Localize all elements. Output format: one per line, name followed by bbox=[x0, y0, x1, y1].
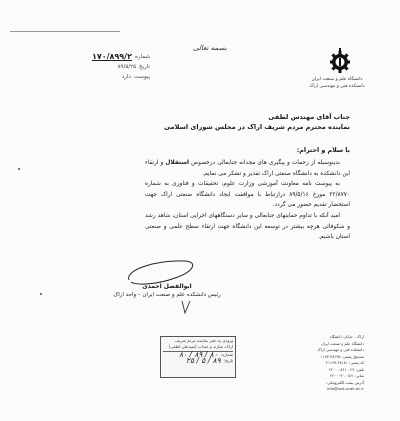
body-paragraph-1-text-a: بدینوسیله از زحمات و پیگیری های مجدانه ج… bbox=[189, 160, 340, 166]
stamp-date-row: تاریخ: ۸۹ / ۵ / ۲۵ bbox=[163, 358, 233, 364]
received-stamp: ورودی به دفتر نماینده مردم شریف اراک، شا… bbox=[160, 336, 236, 378]
letter-date-label: تاریخ bbox=[139, 62, 150, 72]
body-paragraph-1: بدینوسیله از زحمات و پیگیری های مجدانه ج… bbox=[145, 158, 350, 179]
signature-scribble-icon bbox=[125, 258, 197, 286]
university-gear-logo-icon bbox=[328, 48, 352, 74]
letter-date-value: ۸۹/۵/۲۵ bbox=[118, 62, 136, 72]
recipient-block: جناب آقای مهندس لطفی نماینده محترم مردم … bbox=[164, 112, 350, 132]
letter-number-label: شماره bbox=[135, 52, 150, 62]
letter-date-row: تاریخ ۸۹/۵/۲۵ bbox=[62, 62, 150, 72]
scanned-letter-page: شماره ۱۷۰/۸۹۹/۲ تاریخ ۸۹/۵/۲۵ پیوست دارد… bbox=[0, 0, 400, 421]
top-divider-line bbox=[10, 31, 120, 32]
body-paragraph-3: امید آنکه با تداوم حمایتهای جنابعالی و س… bbox=[145, 211, 350, 243]
basmala-heading: بسمه تعالی bbox=[193, 44, 227, 52]
footer-contact-block: اراک - خیابان دانشگاه دانشگاه علم و صنعت… bbox=[288, 334, 364, 393]
university-name-line2: دانشکده فنی و مهندسی اراک bbox=[300, 83, 374, 90]
stamp-date-value: ۸۹ / ۵ / ۲۵ bbox=[186, 358, 221, 364]
recipient-title: نماینده محترم مردم شریف اراک در مجلس شور… bbox=[164, 122, 350, 132]
letter-number-value: ۱۷۰/۸۹۹/۲ bbox=[92, 52, 132, 62]
body-paragraph-1-bold: استقلال bbox=[165, 160, 189, 166]
scan-speck bbox=[18, 168, 20, 170]
body-paragraph-2: به پیوست نامه معاونت آموزشی وزارت علوم، … bbox=[145, 179, 350, 211]
handwritten-checkmark-icon bbox=[180, 300, 192, 314]
letter-attachment-row: پیوست دارد bbox=[62, 72, 150, 82]
university-name: دانشگاه علم و صنعت ایران دانشکده فنی و م… bbox=[300, 76, 374, 90]
signer-title: رئیس دانشکده علم و صنعت ایران – واحد ارا… bbox=[97, 291, 237, 299]
letter-number-row: شماره ۱۷۰/۸۹۹/۲ bbox=[62, 52, 150, 62]
greeting: با سلام و احترام: bbox=[297, 147, 350, 154]
letter-meta-block: شماره ۱۷۰/۸۹۹/۲ تاریخ ۸۹/۵/۲۵ پیوست دارد bbox=[62, 52, 150, 82]
scan-speck bbox=[40, 293, 42, 295]
letter-body: بدینوسیله از زحمات و پیگیری های مجدانه ج… bbox=[145, 158, 350, 243]
recipient-name: جناب آقای مهندس لطفی bbox=[164, 112, 350, 122]
stamp-date-label: تاریخ: bbox=[224, 358, 233, 364]
university-name-line1: دانشگاه علم و صنعت ایران bbox=[300, 76, 374, 83]
letter-attachment-value: دارد bbox=[122, 72, 131, 82]
letter-attachment-label: پیوست bbox=[134, 72, 150, 82]
footer-email: info@iust-arak.ac.ir bbox=[288, 386, 364, 393]
signer-name: ابوالفضل احمدی bbox=[97, 283, 237, 291]
signer-block: ابوالفضل احمدی رئیس دانشکده علم و صنعت ا… bbox=[97, 283, 237, 299]
